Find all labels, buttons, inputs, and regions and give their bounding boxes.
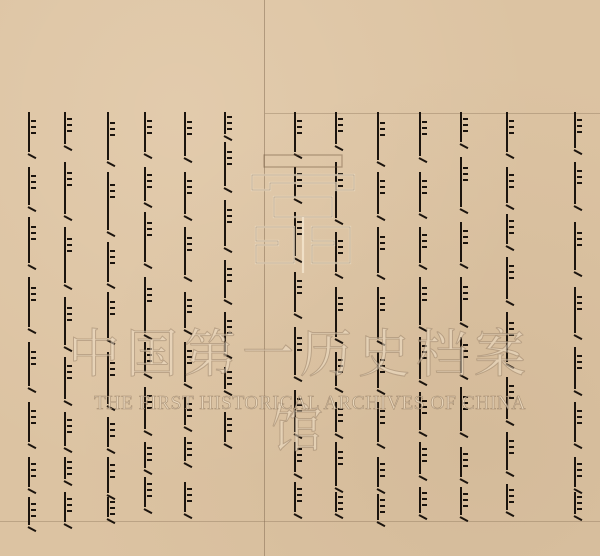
manchu-word (28, 457, 44, 487)
manchu-word (28, 497, 44, 525)
manchu-word (419, 227, 435, 263)
manchu-word (460, 222, 476, 262)
manchu-word (506, 257, 522, 299)
manchu-word (574, 222, 590, 270)
manchu-word (294, 482, 310, 512)
manchu-word (184, 482, 200, 512)
manchu-word (28, 342, 44, 386)
text-column (569, 112, 591, 512)
manchu-word (224, 260, 240, 298)
manchu-word (419, 112, 435, 156)
manchu-word (224, 200, 240, 246)
manchu-word (64, 492, 80, 522)
manchu-word (377, 172, 393, 214)
manchu-word (107, 242, 123, 282)
manchu-word (224, 112, 240, 134)
text-column (23, 112, 45, 512)
manchu-word (107, 112, 123, 160)
manchu-word (144, 112, 160, 152)
manchu-word (28, 167, 44, 205)
watermark-english: THE FIRST HISTORICAL ARCHIVES OF CHINA (85, 393, 535, 415)
manchu-word (419, 487, 435, 513)
page-fold-line (264, 0, 265, 556)
manchu-word (574, 162, 590, 204)
manchu-word (574, 287, 590, 333)
manchu-word (64, 162, 80, 214)
manchu-word (144, 477, 160, 507)
manchu-word (107, 457, 123, 493)
document-page: 中国第一历史档案馆 THE FIRST HISTORICAL ARCHIVES … (0, 0, 600, 556)
manchu-word (460, 487, 476, 515)
manchu-word (460, 157, 476, 207)
manchu-word (377, 494, 393, 520)
manchu-word (377, 112, 393, 160)
manchu-word (460, 112, 476, 142)
manchu-word (64, 227, 80, 283)
manchu-word (144, 167, 160, 201)
manchu-word (107, 497, 123, 517)
manchu-word (419, 172, 435, 212)
manchu-word (506, 214, 522, 244)
manchu-word (574, 457, 590, 487)
manchu-word (377, 227, 393, 273)
manchu-word (294, 272, 310, 312)
manchu-word (28, 402, 44, 442)
manchu-word (107, 172, 123, 230)
manchu-word (506, 484, 522, 510)
watermark-chinese: 中国第一历史档案馆 (60, 312, 540, 462)
manchu-word (574, 347, 590, 389)
bottom-ruling-line (0, 521, 600, 522)
manchu-word (224, 142, 240, 186)
manchu-word (184, 227, 200, 275)
manchu-word (28, 112, 44, 152)
manchu-word (28, 277, 44, 327)
manchu-word (144, 212, 160, 262)
manchu-word (574, 402, 590, 442)
manchu-word (335, 112, 351, 144)
manchu-word (574, 492, 590, 514)
manchu-word (506, 112, 522, 152)
manchu-word (184, 112, 200, 156)
manchu-word (184, 172, 200, 214)
manchu-word (335, 492, 351, 512)
manchu-word (28, 217, 44, 263)
manchu-word (64, 112, 80, 144)
archive-seal-icon (244, 145, 362, 273)
manchu-word (506, 167, 522, 203)
manchu-word (574, 112, 590, 148)
